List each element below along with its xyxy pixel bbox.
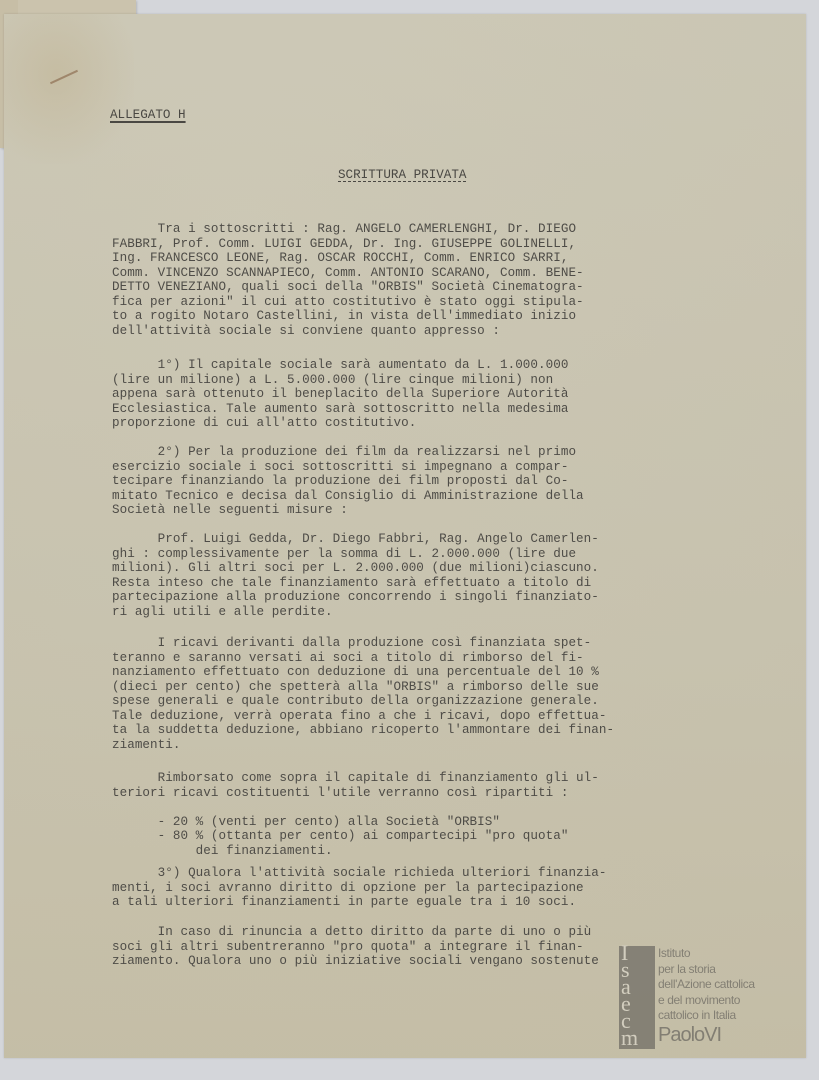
document-title: SCRITTURA PRIVATA — [338, 168, 466, 182]
paragraph-financing-shares: Prof. Luigi Gedda, Dr. Diego Fabbri, Rag… — [112, 532, 599, 619]
document-page: ALLEGATO H SCRITTURA PRIVATA Tra i sotto… — [4, 14, 806, 1058]
paragraph-profit-split: Rimborsato come sopra il capitale di fin… — [112, 771, 599, 858]
paragraph-waiver: In caso di rinuncia a detto diritto da p… — [112, 925, 599, 969]
logo-institution-name: Istituto per la storia dell'Azione catto… — [658, 946, 755, 1046]
isacem-watermark-logo: I s a e c m Istituto per la storia dell'… — [619, 946, 799, 1056]
logo-monogram: I s a e c m — [621, 944, 659, 1046]
paragraph-intro: Tra i sottoscritti : Rag. ANGELO CAMERLE… — [112, 222, 584, 338]
annex-label: ALLEGATO H — [110, 108, 186, 122]
paragraph-revenues: I ricavi derivanti dalla produzione così… — [112, 636, 614, 752]
paragraph-article-2: 2°) Per la produzione dei film da realiz… — [112, 445, 584, 518]
paper-stain — [4, 14, 134, 164]
paragraph-article-3: 3°) Qualora l'attività sociale richieda … — [112, 866, 607, 910]
paragraph-article-1: 1°) Il capitale sociale sarà aumentato d… — [112, 358, 568, 431]
